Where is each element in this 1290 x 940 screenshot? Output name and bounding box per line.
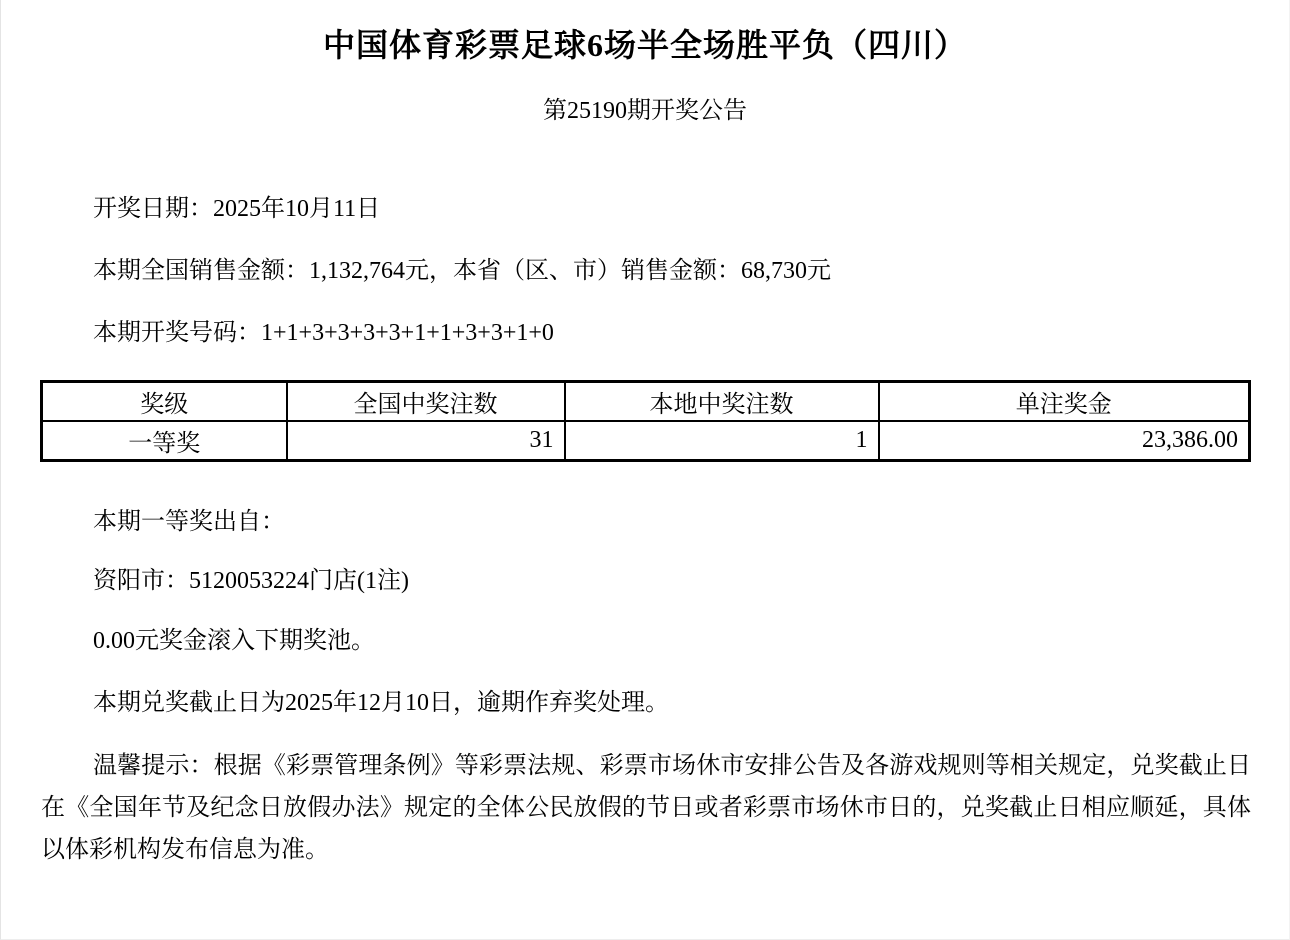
draw-date-line: 开奖日期：2025年10月11日 bbox=[93, 194, 1249, 224]
prize-table: 奖级 全国中奖注数 本地中奖注数 单注奖金 一等奖 31 1 23,386.00 bbox=[40, 380, 1251, 462]
winner-location-line: 资阳市：5120053224门店(1注) bbox=[93, 566, 1249, 596]
winning-numbers-line: 本期开奖号码：1+1+3+3+3+3+1+1+3+3+1+0 bbox=[93, 318, 1249, 348]
document-page: 中国体育彩票足球6场半全场胜平负（四川） 第25190期开奖公告 开奖日期：20… bbox=[1, 0, 1289, 939]
cell-prize-level: 一等奖 bbox=[42, 421, 287, 461]
redeem-deadline-line: 本期兑奖截止日为2025年12月10日，逾期作弃奖处理。 bbox=[93, 688, 1249, 718]
rollover-line: 0.00元奖金滚入下期奖池。 bbox=[93, 626, 1249, 656]
page-subtitle-issue-number: 第25190期开奖公告 bbox=[1, 98, 1289, 124]
notice-paragraph: 温馨提示：根据《彩票管理条例》等彩票法规、彩票市场休市安排公告及各游戏规则等相关… bbox=[41, 745, 1251, 871]
header-national-winners: 全国中奖注数 bbox=[287, 382, 565, 422]
lottery-announcement-document: { "page": { "title": "中国体育彩票足球6场半全场胜平负（四… bbox=[0, 0, 1290, 940]
winner-source-label: 本期一等奖出自： bbox=[93, 507, 1249, 537]
prize-table-row-first-prize: 一等奖 31 1 23,386.00 bbox=[42, 421, 1250, 461]
sales-amount-line: 本期全国销售金额：1,132,764元，本省（区、市）销售金额：68,730元 bbox=[93, 256, 1249, 286]
header-local-winners: 本地中奖注数 bbox=[565, 382, 879, 422]
prize-table-header-row: 奖级 全国中奖注数 本地中奖注数 单注奖金 bbox=[42, 382, 1250, 422]
cell-local-winners: 1 bbox=[565, 421, 879, 461]
cell-national-winners: 31 bbox=[287, 421, 565, 461]
page-title: 中国体育彩票足球6场半全场胜平负（四川） bbox=[1, 26, 1289, 64]
header-prize-level: 奖级 bbox=[42, 382, 287, 422]
header-prize-per-bet: 单注奖金 bbox=[879, 382, 1250, 422]
cell-prize-per-bet: 23,386.00 bbox=[879, 421, 1250, 461]
